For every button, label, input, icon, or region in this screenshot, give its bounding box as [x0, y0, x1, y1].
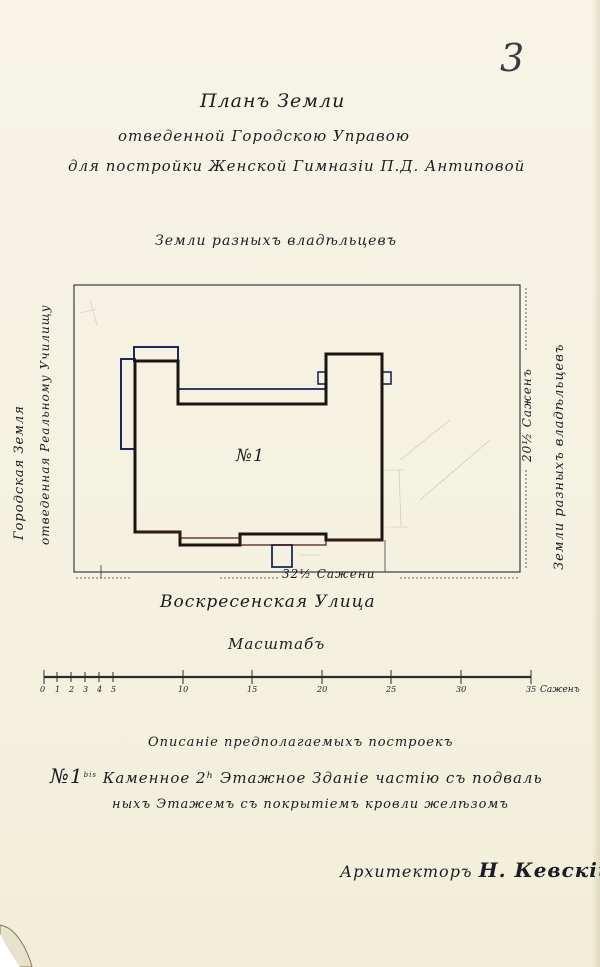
scale-tick-15: 15 — [247, 685, 257, 694]
description-item-suffix: bis — [84, 771, 97, 779]
left-annex — [121, 359, 135, 449]
top-left-annex — [134, 347, 178, 361]
pencil-marks — [80, 300, 490, 555]
scale-tick-4: 4 — [97, 685, 102, 694]
description-line-1-text: Каменное 2ʰ Этажное Зданіе частію съ под… — [103, 769, 543, 787]
street-label: Воскресенская Улица — [160, 592, 376, 612]
page-corner-curl — [0, 920, 36, 967]
scale-tick-25: 25 — [386, 685, 396, 694]
architect-signature: Архитекторъ Н. Кевскій — [340, 858, 600, 882]
gallery-strip — [178, 389, 326, 404]
scale-tick-30: 30 — [456, 685, 466, 694]
document-page: 3 Планъ Земли отведенной Городскою Управ… — [0, 0, 600, 967]
scale-title: Масштабъ — [228, 635, 325, 653]
signature-name: Н. Кевскій — [479, 858, 600, 882]
scale-bar — [44, 670, 531, 684]
description-line-2: ныхъ Этажемъ съ покрытіемъ кровли желѣзо… — [112, 797, 509, 812]
scale-tick-35: 35 — [526, 685, 536, 694]
description-line-1: №1bis Каменное 2ʰ Этажное Зданіе частію … — [50, 764, 543, 788]
scale-tick-0: 0 — [40, 685, 45, 694]
building-number-label: №1 — [236, 446, 265, 466]
lot-boundary — [74, 285, 520, 572]
scale-tick-20: 20 — [317, 685, 327, 694]
porch-south — [272, 545, 292, 567]
signature-role: Архитекторъ — [340, 862, 473, 881]
site-plan-drawing — [0, 0, 600, 967]
scale-tick-10: 10 — [178, 685, 188, 694]
description-title: Описаніе предполагаемыхъ построекъ — [148, 735, 453, 750]
scale-tick-2: 2 — [69, 685, 74, 694]
scale-tick-5: 5 — [111, 685, 116, 694]
scale-unit: Саженъ — [540, 685, 580, 695]
south-dimension-label: 32½ Сажени — [282, 567, 375, 581]
scale-tick-1: 1 — [55, 685, 60, 694]
description-item-number: №1 — [50, 764, 84, 788]
scale-tick-3: 3 — [83, 685, 88, 694]
